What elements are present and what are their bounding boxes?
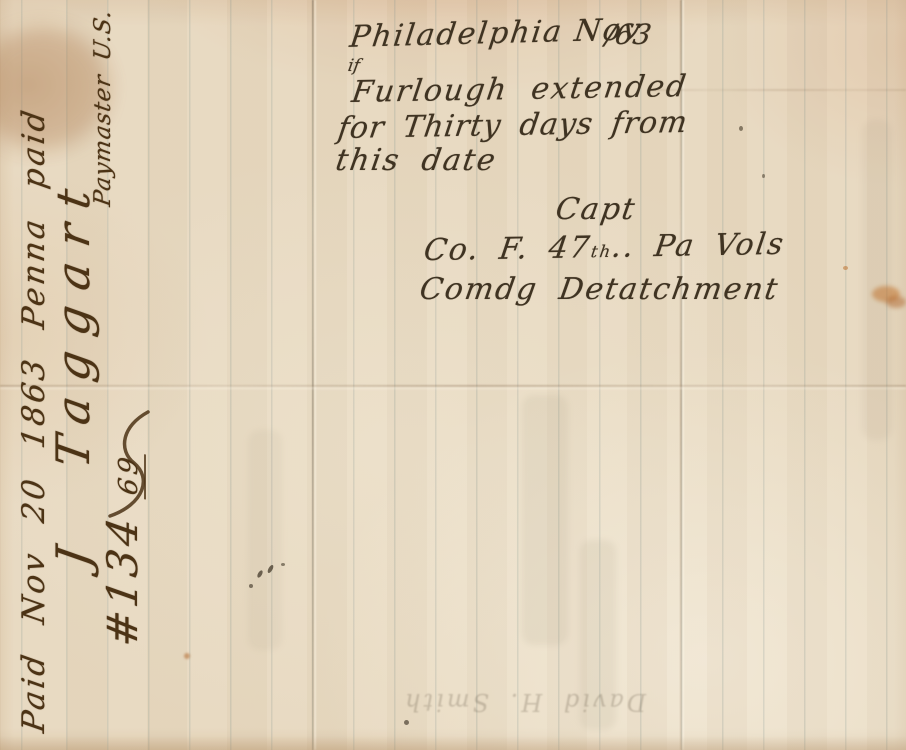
horizontal-fold-crease	[0, 384, 906, 388]
speck-ink-1	[739, 126, 743, 131]
bleed-through-smudge-1	[522, 395, 568, 645]
speck-ink-2	[762, 174, 765, 178]
amount-dollars: #134	[98, 511, 147, 650]
horizontal-crease-top-right	[650, 88, 906, 92]
note-body-line-1: Furlough extended	[352, 69, 688, 110]
endorsement-paymaster-title: Paymaster U.S.	[90, 10, 116, 206]
bottom-edge-shadow	[0, 736, 906, 750]
speck-ink-3	[404, 720, 409, 725]
note-year: /63	[606, 18, 651, 51]
note-rank: Capt	[556, 192, 636, 227]
bleed-through-smudge-3	[248, 430, 282, 650]
note-body-line-2: for Thirty days from	[338, 105, 688, 146]
flourish-stroke	[104, 408, 156, 518]
vertical-fold-crease-center	[311, 0, 315, 750]
note-unit-line: Co. F. 47th.. Pa Vols	[424, 227, 786, 268]
note-interline-word: if	[348, 56, 360, 76]
endorsement-signature: J Taggart	[46, 174, 100, 566]
note-command-line: Comdg Detatchment	[420, 272, 779, 307]
speck-rust	[184, 653, 190, 659]
bleed-through-signature: David H. Smith	[356, 688, 646, 716]
scanned-document: Philadelphia Nov /63 if Furlough extende…	[0, 0, 906, 750]
note-body-line-3: this date	[336, 143, 497, 178]
speck-orange	[843, 266, 848, 270]
bleed-through-smudge-4	[862, 120, 892, 440]
